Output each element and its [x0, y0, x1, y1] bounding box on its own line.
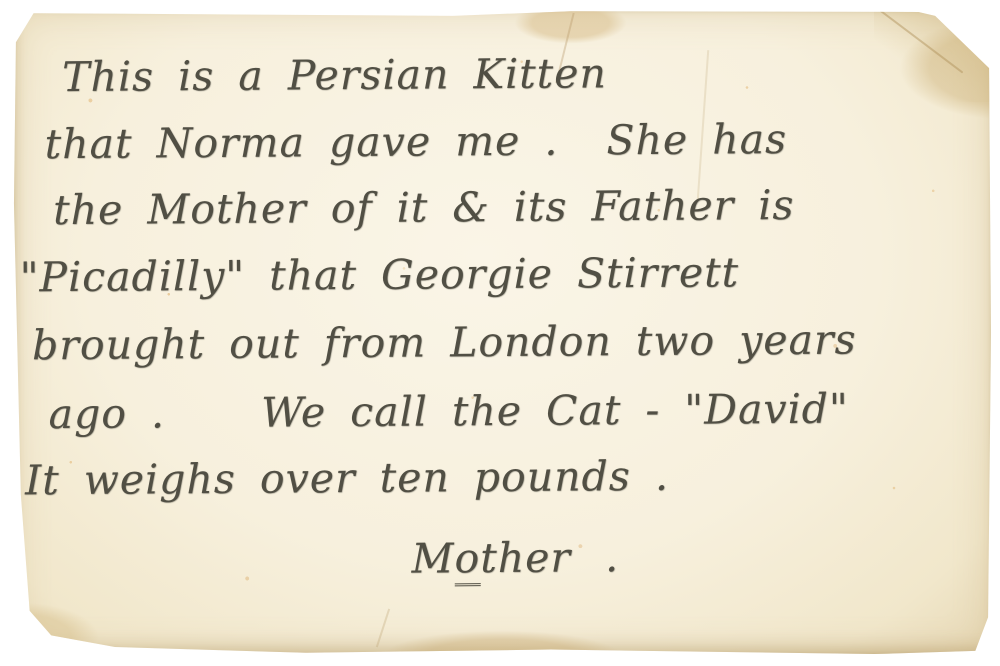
postcard: This is a Persian Kitten that Norma gave… [12, 10, 992, 656]
handwritten-line-5: brought out from London two years [32, 316, 857, 370]
handwritten-line-7: It weighs over ten pounds . [25, 452, 669, 504]
signature-underlined-letter: o [454, 534, 480, 586]
signature-suffix: ther [480, 534, 571, 583]
handwritten-line-6: ago . We call the Cat - "David" [48, 385, 849, 439]
signature-period: . [605, 533, 619, 581]
handwritten-note: This is a Persian Kitten that Norma gave… [10, 7, 994, 660]
signature-mother: Mother. [411, 533, 619, 582]
handwritten-line-4: "Picadilly" that Georgie Stirrett [19, 248, 739, 301]
handwritten-line-1: This is a Persian Kitten [62, 49, 607, 101]
handwritten-line-2: that Norma gave me . She has [45, 115, 788, 168]
signature-prefix: M [411, 534, 454, 582]
scan-background: This is a Persian Kitten that Norma gave… [0, 0, 1000, 666]
scan-edge-mark [983, 636, 987, 652]
handwritten-line-3: the Mother of it & its Father is [53, 181, 795, 234]
